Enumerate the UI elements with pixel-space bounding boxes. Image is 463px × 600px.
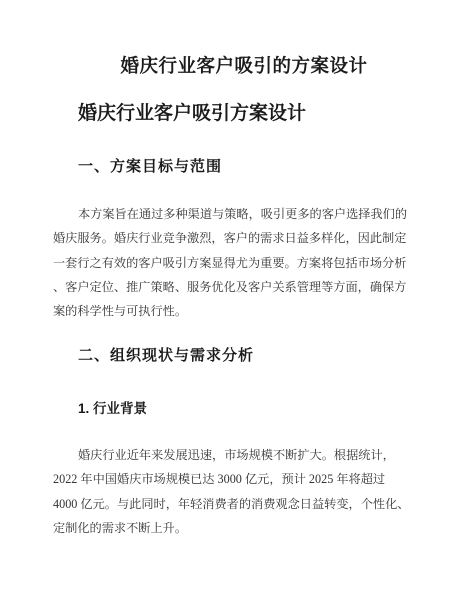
paragraph-line: 婚庆行业近年来发展迅速，市场规模不断扩大。根据统计， (53, 443, 409, 467)
section-1-heading: 一、方案目标与范围 (53, 156, 409, 177)
section-1-paragraph: 本方案旨在通过多种渠道与策略，吸引更多的客户选择我们的 婚庆服务。婚庆行业竞争激… (53, 202, 409, 323)
paragraph-line: 定制化的需求不断上升。 (53, 516, 409, 540)
paragraph-line: 本方案旨在通过多种渠道与策略，吸引更多的客户选择我们的 (53, 202, 409, 226)
document-title: 婚庆行业客户吸引的方案设计 (53, 53, 409, 79)
paragraph-line: 婚庆服务。婚庆行业竞争激烈，客户的需求日益多样化，因此制定 (53, 226, 409, 250)
document-page: 婚庆行业客户吸引的方案设计 婚庆行业客户吸引方案设计 一、方案目标与范围 本方案… (0, 0, 463, 600)
section-2-subheading: 1. 行业背景 (53, 400, 409, 418)
paragraph-line: 4000 亿元。与此同时，年轻消费者的消费观念日益转变，个性化、 (53, 492, 409, 516)
paragraph-line: 、客户定位、推广策略、服务优化及客户关系管理等方面，确保方 (53, 275, 409, 299)
paragraph-line: 2022 年中国婚庆市场规模已达 3000 亿元，预计 2025 年将超过 (53, 467, 409, 491)
section-2-paragraph: 婚庆行业近年来发展迅速，市场规模不断扩大。根据统计， 2022 年中国婚庆市场规… (53, 443, 409, 540)
document-main-heading: 婚庆行业客户吸引方案设计 (53, 100, 409, 128)
section-2-heading: 二、组织现状与需求分析 (53, 345, 409, 366)
paragraph-line: 一套行之有效的客户吸引方案显得尤为重要。方案将包括市场分析 (53, 251, 409, 275)
paragraph-line: 案的科学性与可执行性。 (53, 299, 409, 323)
